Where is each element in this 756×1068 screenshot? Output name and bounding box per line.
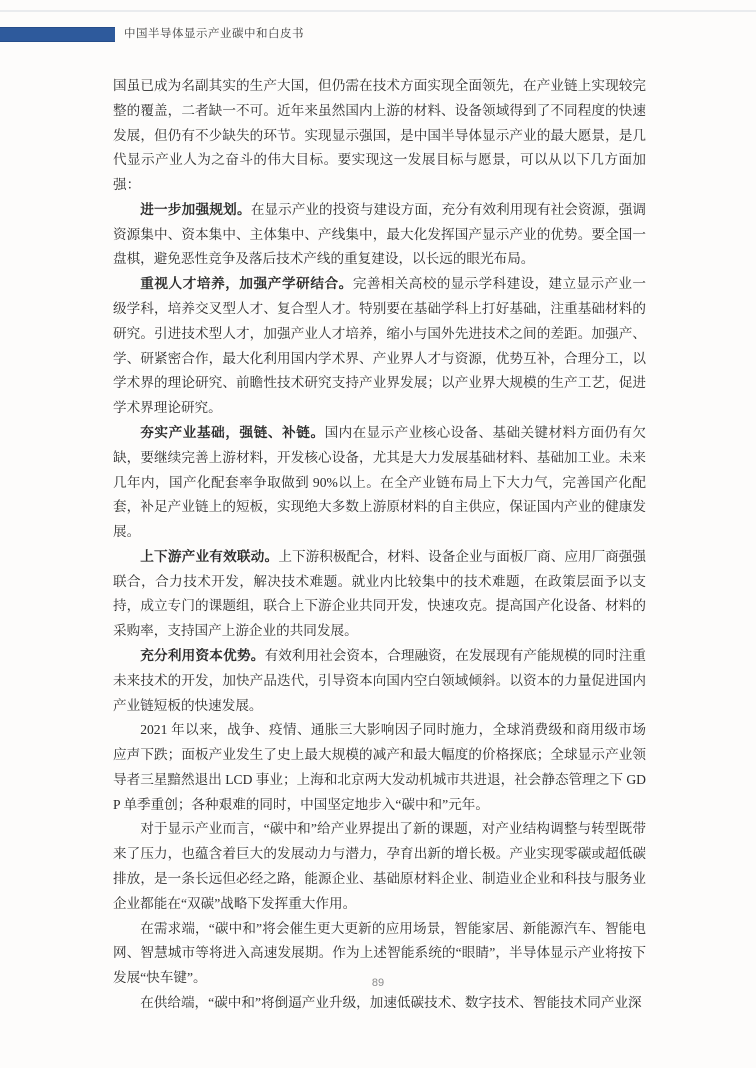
header-accent-bar bbox=[0, 27, 115, 42]
paragraph-lead: 上下游产业有效联动。 bbox=[140, 549, 278, 564]
page-top-rule bbox=[0, 10, 756, 12]
paragraph: 进一步加强规划。在显示产业的投资与建设方面，充分有效利用现有社会资源，强调资源集… bbox=[113, 198, 646, 272]
body-text: 国虽已成为名副其实的生产大国，但仍需在技术方面实现全面领先，在产业链上实现较完整… bbox=[113, 74, 646, 1016]
document-page: { "header": { "title": "中国半导体显示产业碳中和白皮书"… bbox=[0, 0, 756, 1068]
paragraph: 夯实产业基础，强链、补链。国内在显示产业核心设备、基础关键材料方面仍有欠缺，要继… bbox=[113, 421, 646, 545]
paragraph-lead: 重视人才培养，加强产学研结合。 bbox=[140, 276, 353, 291]
paragraph: 上下游产业有效联动。上下游积极配合，材料、设备企业与面板厂商、应用厂商强强联合，… bbox=[113, 545, 646, 644]
paragraph: 2021 年以来，战争、疫情、通胀三大影响因子同时施力，全球消费级和商用级市场应… bbox=[113, 718, 646, 817]
paragraph: 充分利用资本优势。有效利用社会资本，合理融资，在发展现有产能规模的同时注重未来技… bbox=[113, 644, 646, 718]
paragraph-lead: 充分利用资本优势。 bbox=[140, 648, 264, 663]
page-number: 89 bbox=[0, 977, 756, 989]
paragraph-lead: 进一步加强规划。 bbox=[140, 202, 251, 217]
paragraph: 在供给端，“碳中和”将倒逼产业升级，加速低碳技术、数字技术、智能技术同产业深 bbox=[113, 991, 646, 1016]
paragraph: 国虽已成为名副其实的生产大国，但仍需在技术方面实现全面领先，在产业链上实现较完整… bbox=[113, 74, 646, 198]
paragraph: 重视人才培养，加强产学研结合。完善相关高校的显示学科建设，建立显示产业一级学科，… bbox=[113, 272, 646, 421]
header-title: 中国半导体显示产业碳中和白皮书 bbox=[124, 26, 304, 43]
paragraph: 对于显示产业而言，“碳中和”给产业界提出了新的课题，对产业结构调整与转型既带来了… bbox=[113, 817, 646, 916]
paragraph-lead: 夯实产业基础，强链、补链。 bbox=[140, 425, 324, 440]
